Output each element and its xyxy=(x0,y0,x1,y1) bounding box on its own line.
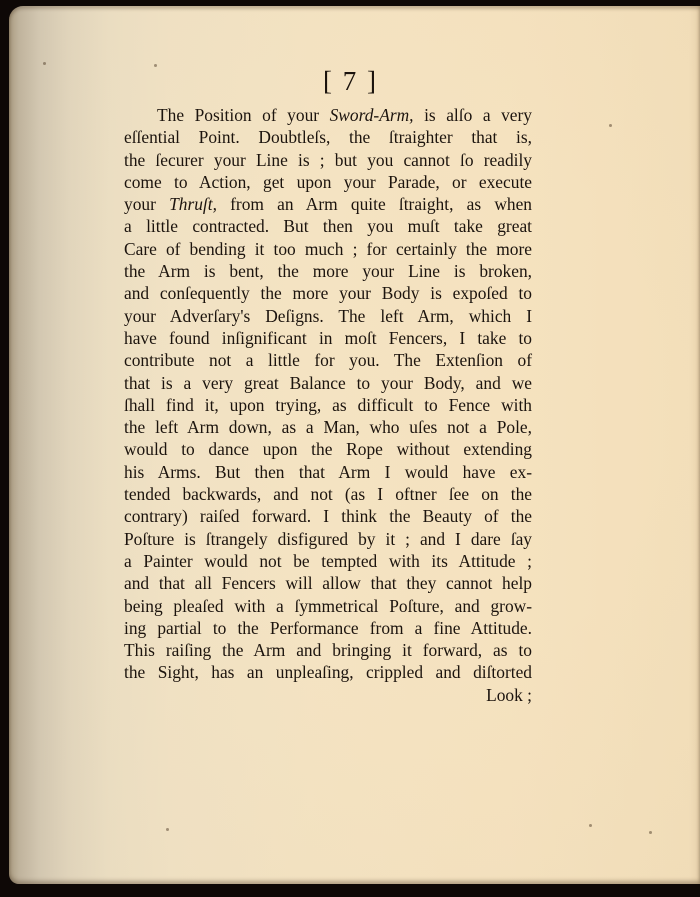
text-line: ing partial to the Performance from a fi… xyxy=(124,617,532,639)
text-line: eſſential Point. Doubtleſs, the ſtraight… xyxy=(124,126,532,148)
text-line: tended backwards, and not (as I oftner ſ… xyxy=(124,483,532,505)
text-line: The Position of your Sword-Arm, is alſo … xyxy=(124,104,532,126)
text-line: a little contracted. But then you muſt t… xyxy=(124,215,532,237)
text-line: and conſequently the more your Body is e… xyxy=(124,282,532,304)
text-line: the left Arm down, as a Man, who uſes no… xyxy=(124,416,532,438)
paper-speck xyxy=(154,64,157,67)
paper-speck xyxy=(43,62,46,65)
paper-speck xyxy=(166,828,169,831)
paper-speck xyxy=(589,824,592,827)
text-line: your Thruſt, from an Arm quite ſtraight,… xyxy=(124,193,532,215)
text-line: Care of bending it too much ; for certai… xyxy=(124,238,532,260)
text-line: the ſecurer your Line is ; but you canno… xyxy=(124,149,532,171)
body-text: The Position of your Sword-Arm, is alſo … xyxy=(124,104,532,706)
text-line: and that all Fencers will allow that the… xyxy=(124,572,532,594)
scan-background: [ 7 ] The Position of your Sword-Arm, is… xyxy=(0,0,700,897)
text-line: a Painter would not be tempted with its … xyxy=(124,550,532,572)
text-line: Poſture is ſtrangely disfigured by it ; … xyxy=(124,528,532,550)
text-line: contribute not a little for you. The Ext… xyxy=(124,349,532,371)
text-line: his Arms. But then that Arm I would have… xyxy=(124,461,532,483)
text-line: come to Action, get upon your Parade, or… xyxy=(124,171,532,193)
text-line: the Arm is bent, the more your Line is b… xyxy=(124,260,532,282)
text-line: being pleaſed with a ſymmetrical Poſture… xyxy=(124,595,532,617)
text-line: your Adverſary's Deſigns. The left Arm, … xyxy=(124,305,532,327)
text-line: the Sight, has an unpleaſing, crippled a… xyxy=(124,661,532,683)
text-line: This raiſing the Arm and bringing it for… xyxy=(124,639,532,661)
page-number: [ 7 ] xyxy=(5,66,696,97)
text-line: would to dance upon the Rope without ext… xyxy=(124,438,532,460)
text-line: contrary) raiſed forward. I think the Be… xyxy=(124,505,532,527)
paper-speck xyxy=(649,831,652,834)
paper-speck xyxy=(609,124,612,127)
text-line: ſhall find it, upon trying, as difficult… xyxy=(124,394,532,416)
catchword: Look ; xyxy=(124,684,532,706)
text-line: have found inſignificant in moſt Fencers… xyxy=(124,327,532,349)
text-line: that is a very great Balance to your Bod… xyxy=(124,372,532,394)
book-page: [ 7 ] The Position of your Sword-Arm, is… xyxy=(9,6,700,884)
